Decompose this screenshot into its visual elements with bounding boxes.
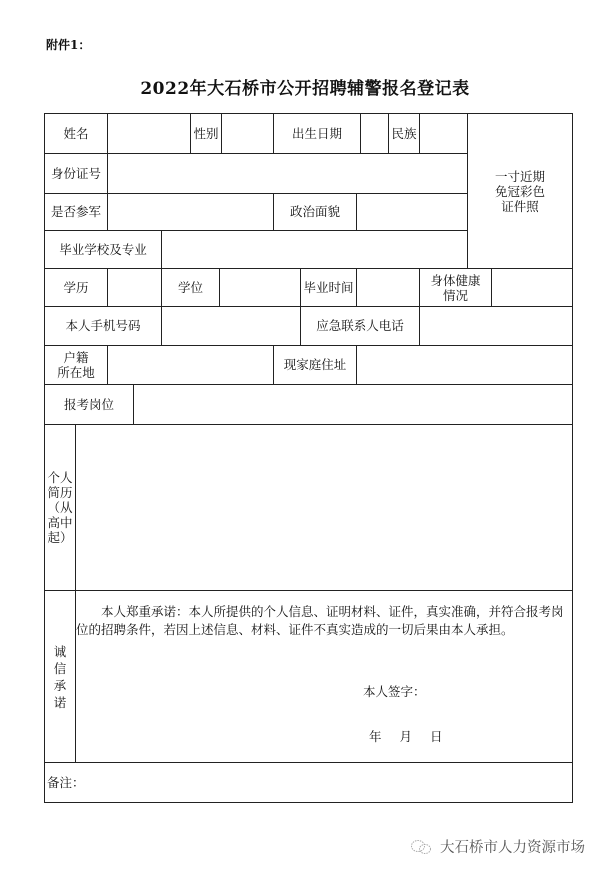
birth-date-field[interactable] [360,113,389,154]
photo-label-line1: 一寸近期 [495,169,545,184]
emergency-phone-label: 应急联系人电话 [300,306,420,346]
graduation-time-field[interactable] [356,268,420,307]
education-field[interactable] [107,268,162,307]
photo-box[interactable]: 一寸近期 免冠彩色 证件照 [467,113,573,269]
integrity-label-line2: 信 [54,660,67,677]
position-field[interactable] [133,384,573,425]
health-field[interactable] [491,268,573,307]
ethnicity-label: 民族 [388,113,420,154]
position-label: 报考岗位 [44,384,134,425]
political-status-label: 政治面貌 [273,193,357,231]
photo-label-line3: 证件照 [501,199,539,214]
resume-label-line1: 个人 [47,470,72,485]
political-status-field[interactable] [356,193,468,231]
birth-date-label: 出生日期 [273,113,361,154]
integrity-label-line1: 诚 [54,643,67,660]
military-field[interactable] [107,193,274,231]
health-label-line2: 情况 [443,288,468,303]
date-label: 年 月 日 [369,727,442,745]
education-label: 学历 [44,268,108,307]
resume-label-line5: 起） [47,530,72,545]
hukou-label: 户籍 所在地 [44,345,108,385]
resume-label-line3: （从 [47,500,72,515]
resume-label-line4: 高中 [47,515,72,530]
registration-form: 姓名 性别 出生日期 民族 一寸近期 免冠彩色 证件照 身份证号 是否参军 政治… [0,0,610,873]
mobile-field[interactable] [161,306,301,346]
hukou-field[interactable] [107,345,274,385]
resume-label: 个人 简历 （从 高中 起） [44,424,76,591]
ethnicity-field[interactable] [419,113,468,154]
emergency-phone-field[interactable] [419,306,573,346]
school-major-label: 毕业学校及专业 [44,230,162,269]
integrity-statement: 本人郑重承诺：本人所提供的个人信息、证明材料、证件，真实准确，并符合报考岗位的招… [76,603,570,639]
watermark-text: 大石桥市人力资源市场 [440,836,585,857]
remarks-label: 备注： [47,776,85,790]
degree-label: 学位 [161,268,220,307]
integrity-label-line4: 诺 [54,694,67,711]
hukou-label-line2: 所在地 [57,365,95,380]
resume-label-line2: 简历 [47,485,72,500]
school-major-field[interactable] [161,230,468,269]
id-number-field[interactable] [107,153,468,194]
integrity-label: 诚 信 承 诺 [44,590,76,763]
photo-label-line2: 免冠彩色 [495,184,545,199]
gender-field[interactable] [221,113,274,154]
graduation-time-label: 毕业时间 [300,268,357,307]
mobile-label: 本人手机号码 [44,306,162,346]
home-address-label: 现家庭住址 [273,345,357,385]
integrity-label-line3: 承 [54,677,67,694]
watermark: 大石桥市人力资源市场 [410,836,585,857]
home-address-field[interactable] [356,345,573,385]
name-field[interactable] [107,113,191,154]
degree-field[interactable] [219,268,301,307]
military-label: 是否参军 [44,193,108,231]
wechat-icon [410,839,432,855]
gender-label: 性别 [190,113,222,154]
health-label: 身体健康 情况 [419,268,492,307]
health-label-line1: 身体健康 [430,273,480,288]
resume-field[interactable] [75,424,573,591]
id-number-label: 身份证号 [44,153,108,194]
remarks-field[interactable]: 备注： [44,762,573,803]
hukou-label-line1: 户籍 [63,350,88,365]
name-label: 姓名 [44,113,108,154]
signature-label: 本人签字： [363,682,426,700]
